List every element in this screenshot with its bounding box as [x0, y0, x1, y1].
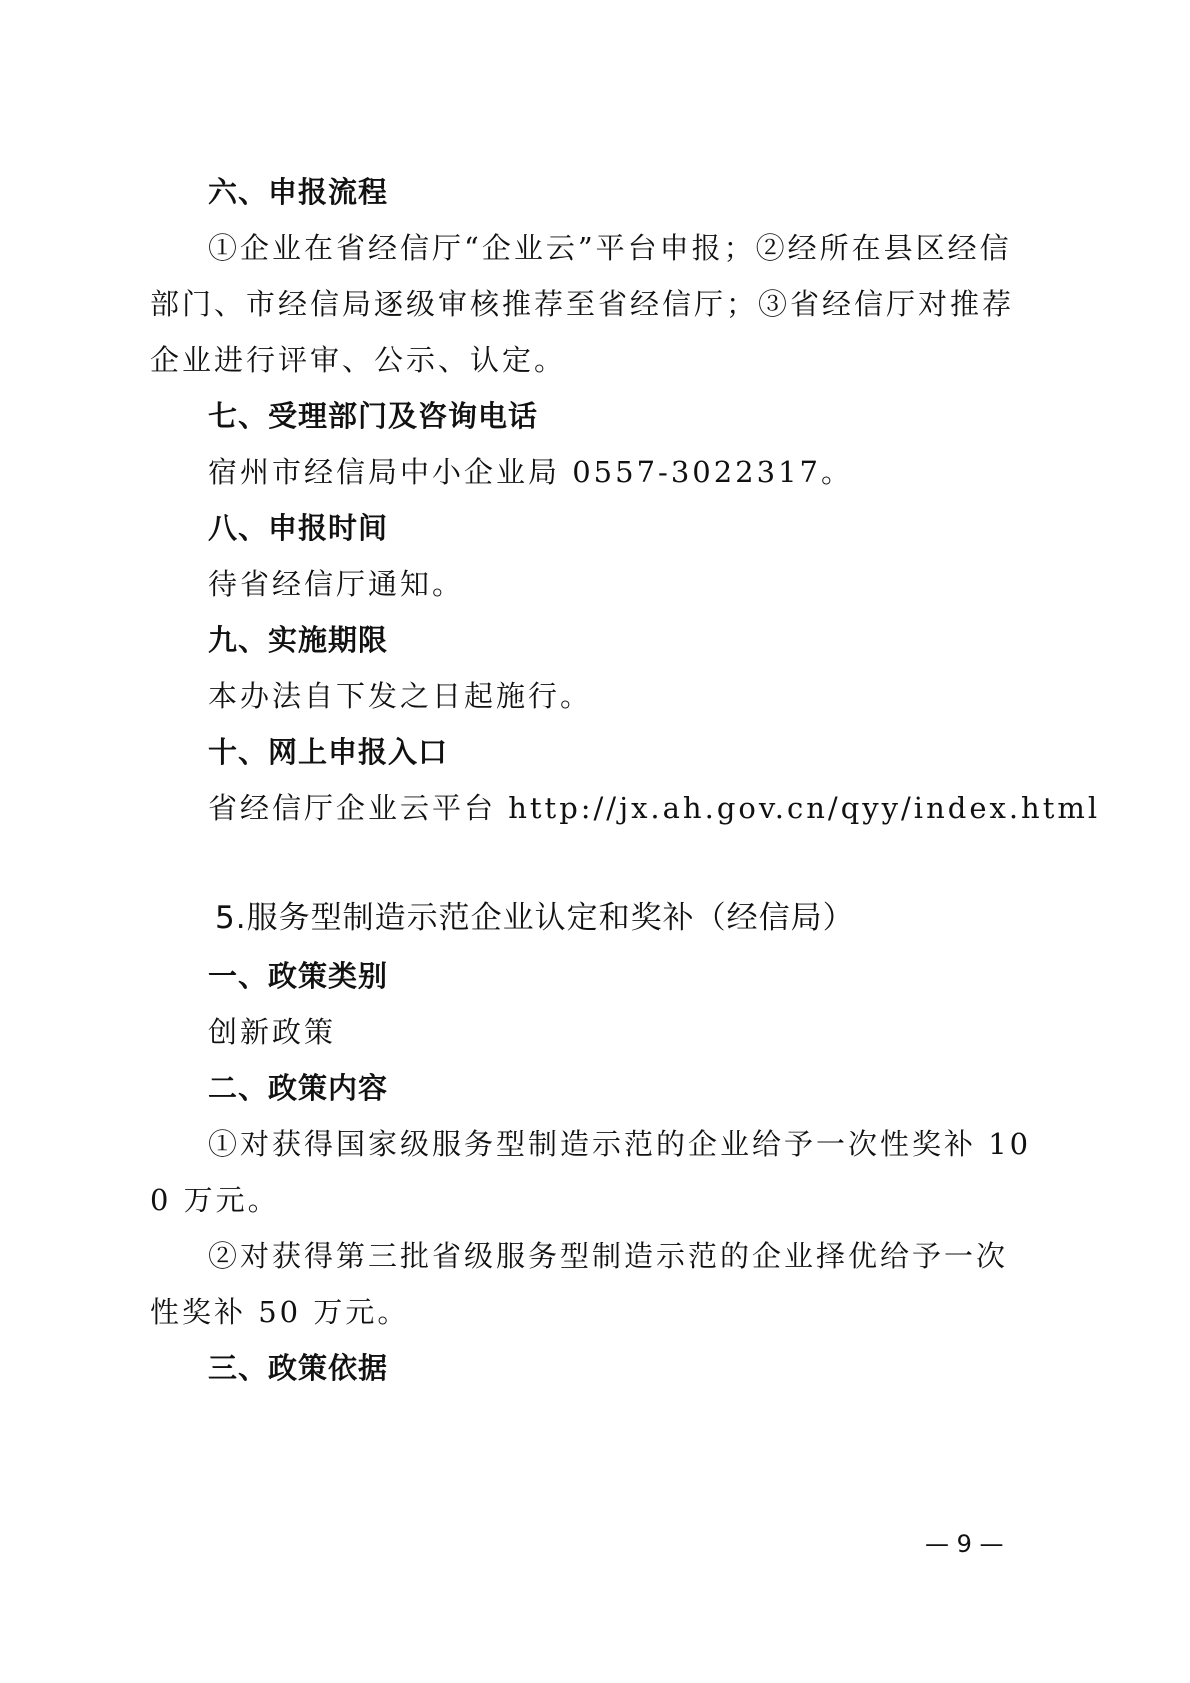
contact-text: 宿州市经信局中小企业局 0557-3022317。: [208, 452, 853, 492]
policy-content-line-4: 性奖补 50 万元。: [150, 1292, 409, 1332]
validity-text: 本办法自下发之日起施行。: [208, 676, 592, 716]
section-heading-policy-category: 一、政策类别: [208, 956, 388, 996]
section-heading-policy-basis: 三、政策依据: [208, 1348, 388, 1388]
process-line-3: 企业进行评审、公示、认定。: [150, 340, 566, 380]
process-line-2: 部门、市经信局逐级审核推荐至省经信厅；③省经信厅对推荐: [150, 284, 1014, 324]
section-heading-contact: 七、受理部门及咨询电话: [208, 396, 538, 436]
section-heading-validity: 九、实施期限: [208, 620, 388, 660]
section-heading-application-process: 六、申报流程: [208, 172, 388, 212]
section-heading-policy-content: 二、政策内容: [208, 1068, 388, 1108]
policy-content-line-3: ②对获得第三批省级服务型制造示范的企业择优给予一次: [208, 1236, 1008, 1276]
policy-title: 5.服务型制造示范企业认定和奖补（经信局）: [215, 898, 855, 938]
application-time-text: 待省经信厅通知。: [208, 564, 464, 604]
policy-content-line-1: ①对获得国家级服务型制造示范的企业给予一次性奖补 10: [208, 1124, 1031, 1164]
policy-category-text: 创新政策: [208, 1012, 336, 1052]
section-heading-application-time: 八、申报时间: [208, 508, 388, 548]
online-entry-text[interactable]: 省经信厅企业云平台 http://jx.ah.gov.cn/qyy/index.…: [208, 788, 1100, 828]
page-number: — 9 —: [925, 1530, 1004, 1558]
process-line-1: ①企业在省经信厅“企业云”平台申报；②经所在县区经信: [208, 228, 1012, 268]
policy-content-line-2: 0 万元。: [150, 1180, 280, 1220]
section-heading-online-entry: 十、网上申报入口: [208, 732, 448, 772]
